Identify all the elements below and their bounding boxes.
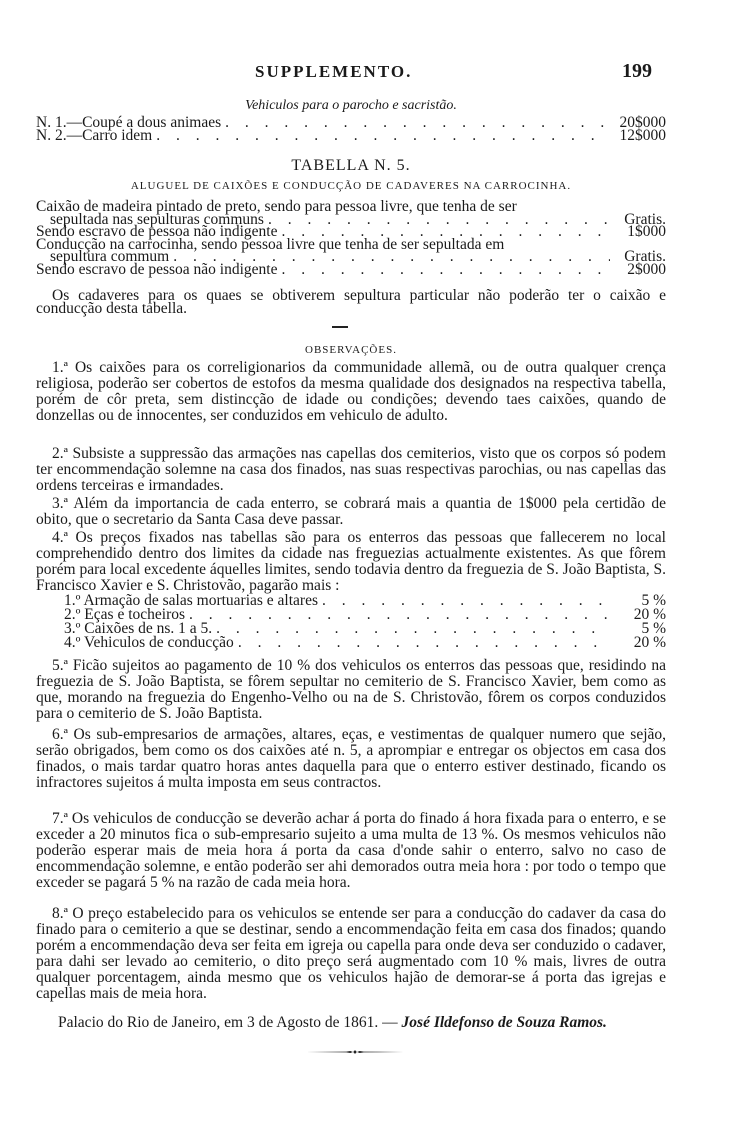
observation-6: 6.ª Os sub-empresarios de armações, alta… <box>36 727 666 791</box>
observation-5: 5.ª Ficão sujeitos ao pagamento de 10 % … <box>36 658 666 722</box>
short-rule <box>332 326 348 328</box>
observation-1: 1.ª Os caixões para os correligionarios … <box>36 360 666 424</box>
table-value: 2$000 <box>614 264 666 277</box>
page-header: SUPPLEMENTO. 199 <box>0 62 746 86</box>
page-number: 199 <box>622 60 652 83</box>
place-date: Palacio do Rio de Janeiro, em 3 de Agost… <box>58 1014 398 1031</box>
surcharge-list: 1.º Armação de salas mortuarias e altare… <box>36 595 666 651</box>
observation-2: 2.ª Subsiste a suppressão das armações n… <box>36 446 666 494</box>
table-value: 1$000 <box>614 226 666 239</box>
vehicles-list: N. 1.—Coupé a dous animaes . . . . . . .… <box>36 117 666 142</box>
document-page: SUPPLEMENTO. 199 Vehiculos para o paroch… <box>0 0 746 1144</box>
observation-3: 3.ª Além da importancia de cada enterro,… <box>36 496 666 528</box>
observation-8: 8.ª O preço estabelecido para os vehicul… <box>36 906 666 1002</box>
vehicle-price: 12$000 <box>614 130 666 143</box>
table-row: Sendo escravo de pessoa não indigente . … <box>36 264 666 277</box>
observation-4: 4.ª Os preços fixados nas tabellas são p… <box>36 530 666 594</box>
running-title: SUPPLEMENTO. <box>255 62 412 82</box>
signatory-name: José Ildefonso de Souza Ramos. <box>402 1014 607 1031</box>
table5-rows: Caixão de madeira pintado de preto, send… <box>36 201 666 276</box>
signature-line: Palacio do Rio de Janeiro, em 3 de Agost… <box>36 1014 688 1032</box>
observation-7: 7.ª Os vehiculos de conducção se deverão… <box>36 811 666 891</box>
surcharge-row: 4.º Vehiculos de conducção . . . . . . .… <box>64 637 666 651</box>
table-title: TABELLA N. 5. <box>36 157 666 175</box>
vehicle-row: N. 2.—Carro idem . . . . . . . . . . . .… <box>36 130 666 143</box>
vehicles-heading: Vehiculos para o parocho e sacristão. <box>36 98 666 114</box>
table-subtitle: ALUGUEL DE CAIXÕES E CONDUCÇÃO DE CADAVE… <box>36 180 666 192</box>
table-note: Os cadaveres para os quaes se obtiverem … <box>36 289 666 315</box>
observations-heading: OBSERVAÇÕES. <box>36 344 666 356</box>
ornament-divider-icon <box>282 1050 428 1054</box>
